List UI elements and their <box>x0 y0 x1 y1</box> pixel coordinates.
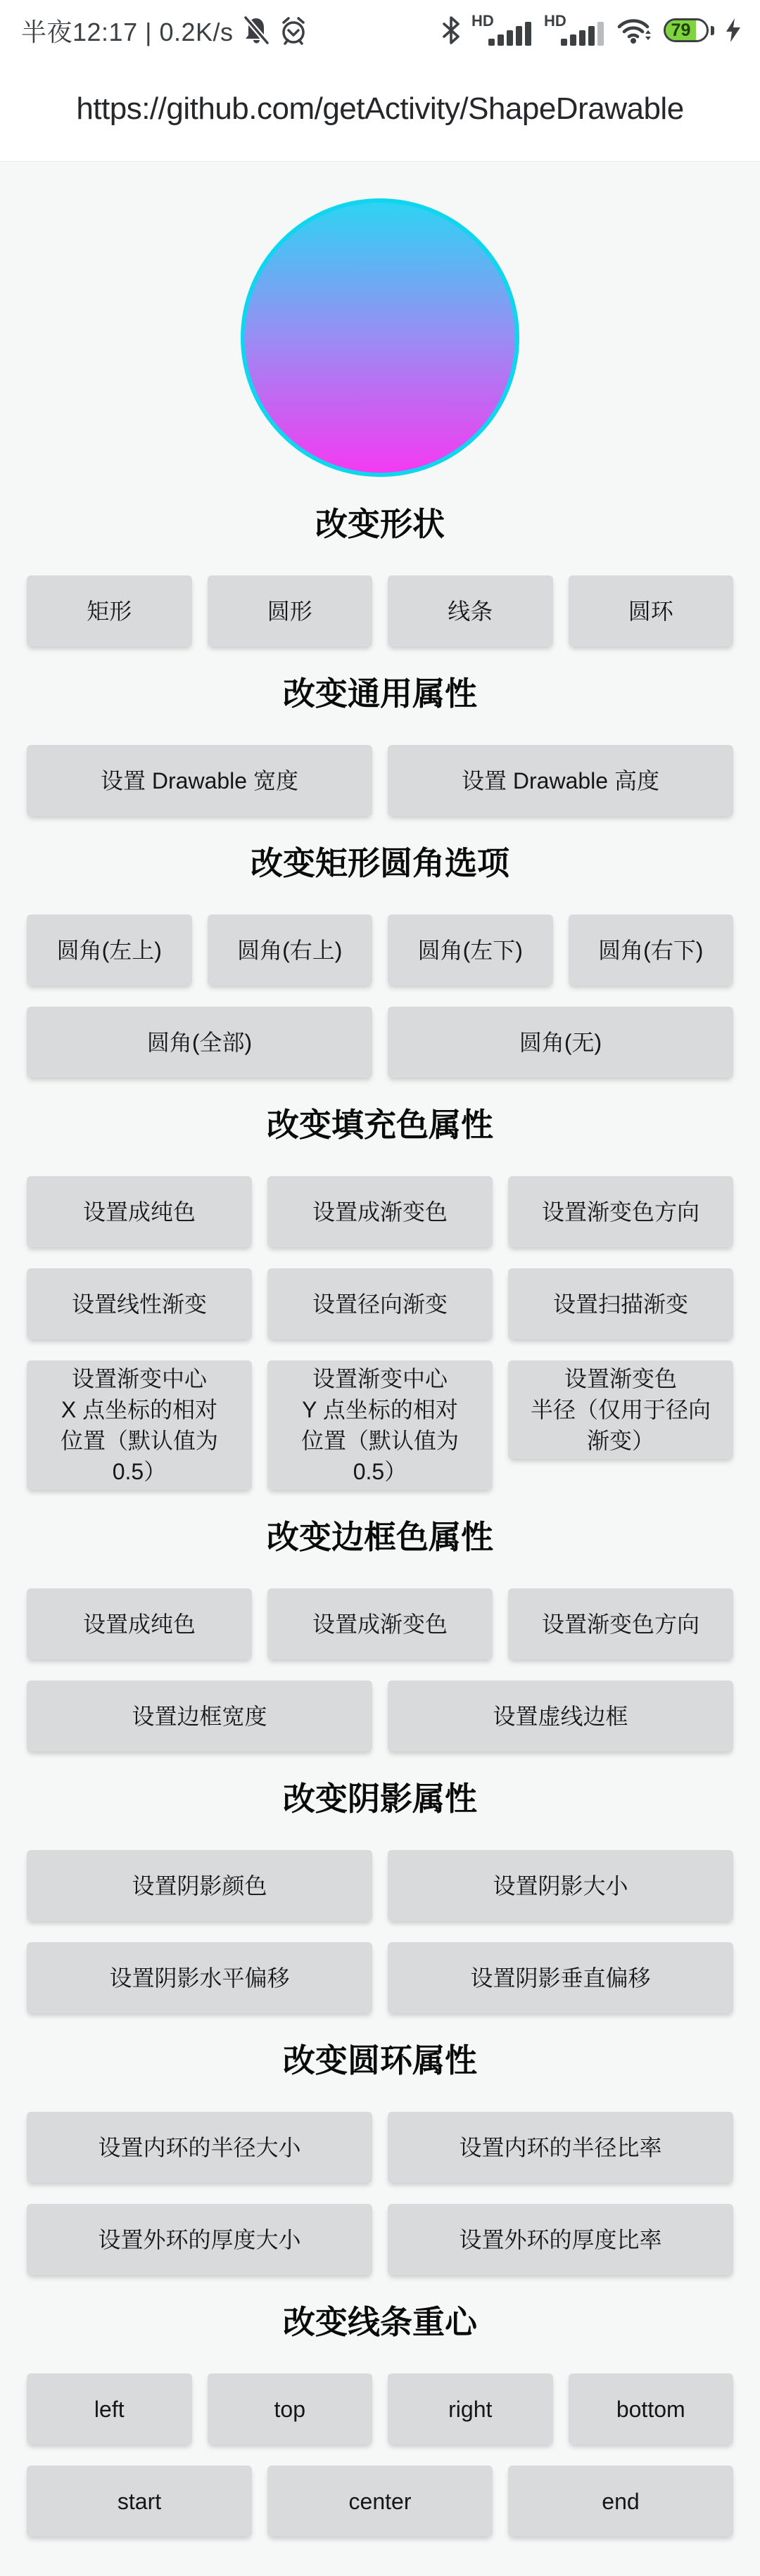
header-area: 半夜12:17 | 0.2K/s HD <box>0 0 760 162</box>
section-title: 改变通用属性 <box>27 676 733 711</box>
battery-indicator: 79 <box>664 18 714 42</box>
status-time-and-net-speed: 半夜12:17 | 0.2K/s <box>21 13 234 49</box>
gradient-center-y-button[interactable]: 设置渐变中心 Y 点坐标的相对 位置（默认值为 0.5） <box>267 1360 493 1490</box>
fill-solid-color-button[interactable]: 设置成纯色 <box>27 1176 252 1247</box>
section-change-shape: 改变形状 矩形 圆形 线条 圆环 <box>0 506 760 646</box>
battery-nub <box>711 26 714 35</box>
button-row: 设置外环的厚度大小 设置外环的厚度比率 <box>27 2204 733 2275</box>
fill-gradient-color-button[interactable]: 设置成渐变色 <box>267 1176 493 1247</box>
mute-bell-icon <box>242 15 270 46</box>
rect-shape-button[interactable]: 矩形 <box>27 575 192 646</box>
section-common-attrs: 改变通用属性 设置 Drawable 宽度 设置 Drawable 高度 <box>0 676 760 816</box>
section-shadow: 改变阴影属性 设置阴影颜色 设置阴影大小 设置阴影水平偏移 设置阴影垂直偏移 <box>0 1781 760 2013</box>
ring-inner-radius-size-button[interactable]: 设置内环的半径大小 <box>27 2112 372 2183</box>
corner-bottom-left-button[interactable]: 圆角(左下) <box>388 914 553 986</box>
status-bar: 半夜12:17 | 0.2K/s HD <box>0 0 760 56</box>
url-bar: https://github.com/getActivity/ShapeDraw… <box>0 56 760 162</box>
button-row: 设置阴影颜色 设置阴影大小 <box>27 1850 733 1921</box>
ring-outer-thickness-size-button[interactable]: 设置外环的厚度大小 <box>27 2204 372 2275</box>
status-bar-left: 半夜12:17 | 0.2K/s <box>21 13 308 49</box>
shape-preview <box>241 198 519 477</box>
section-corner-options: 改变矩形圆角选项 圆角(左上) 圆角(右上) 圆角(左下) 圆角(右下) 圆角(… <box>0 846 760 1078</box>
button-row: 设置成纯色 设置成渐变色 设置渐变色方向 <box>27 1588 733 1659</box>
dashed-border-button[interactable]: 设置虚线边框 <box>388 1681 733 1752</box>
line-gravity-bottom-button[interactable]: bottom <box>569 2373 734 2444</box>
charging-bolt-icon <box>725 18 742 42</box>
border-gradient-direction-button[interactable]: 设置渐变色方向 <box>508 1588 733 1659</box>
button-row: 设置线性渐变 设置径向渐变 设置扫描渐变 <box>27 1268 733 1339</box>
button-row: 设置阴影水平偏移 设置阴影垂直偏移 <box>27 1942 733 2013</box>
corner-top-left-button[interactable]: 圆角(左上) <box>27 914 192 986</box>
button-row: 设置成纯色 设置成渐变色 设置渐变色方向 <box>27 1176 733 1247</box>
signal-bars-icon <box>561 19 606 46</box>
button-row: 圆角(左上) 圆角(右上) 圆角(左下) 圆角(右下) <box>27 914 733 986</box>
line-gravity-top-button[interactable]: top <box>208 2373 373 2444</box>
button-row: 设置 Drawable 宽度 设置 Drawable 高度 <box>27 745 733 816</box>
corner-bottom-right-button[interactable]: 圆角(右下) <box>569 914 734 986</box>
button-row: 矩形 圆形 线条 圆环 <box>27 575 733 646</box>
border-solid-color-button[interactable]: 设置成纯色 <box>27 1588 252 1659</box>
linear-gradient-button[interactable]: 设置线性渐变 <box>27 1268 252 1339</box>
section-title: 改变圆环属性 <box>27 2043 733 2078</box>
battery-body: 79 <box>664 18 709 42</box>
ring-shape-button[interactable]: 圆环 <box>569 575 734 646</box>
wifi-icon <box>616 15 653 45</box>
status-bar-right: HD HD <box>441 13 742 47</box>
signal-bars-icon <box>488 19 533 46</box>
section-line-gravity: 改变线条重心 left top right bottom start cente… <box>0 2304 760 2537</box>
ring-inner-radius-ratio-button[interactable]: 设置内环的半径比率 <box>388 2112 733 2183</box>
line-gravity-start-button[interactable]: start <box>27 2466 252 2537</box>
border-gradient-color-button[interactable]: 设置成渐变色 <box>267 1588 493 1659</box>
button-row: start center end <box>27 2466 733 2537</box>
circle-shape-button[interactable]: 圆形 <box>208 575 373 646</box>
section-title: 改变形状 <box>27 506 733 542</box>
section-fill-color: 改变填充色属性 设置成纯色 设置成渐变色 设置渐变色方向 设置线性渐变 设置径向… <box>0 1107 760 1490</box>
shadow-offset-y-button[interactable]: 设置阴影垂直偏移 <box>388 1942 733 2013</box>
battery-level: 79 <box>666 20 696 40</box>
button-row: left top right bottom <box>27 2373 733 2444</box>
page-url[interactable]: https://github.com/getActivity/ShapeDraw… <box>76 91 683 127</box>
section-title: 改变矩形圆角选项 <box>27 846 733 881</box>
section-title: 改变边框色属性 <box>27 1519 733 1555</box>
button-row: 圆角(全部) 圆角(无) <box>27 1007 733 1078</box>
line-gravity-center-button[interactable]: center <box>267 2466 493 2537</box>
line-shape-button[interactable]: 线条 <box>388 575 553 646</box>
button-row: 设置渐变中心 X 点坐标的相对 位置（默认值为 0.5） 设置渐变中心 Y 点坐… <box>27 1360 733 1490</box>
corner-all-button[interactable]: 圆角(全部) <box>27 1007 372 1078</box>
radial-gradient-button[interactable]: 设置径向渐变 <box>267 1268 493 1339</box>
cellular-signal-icon-1: HD <box>471 13 533 47</box>
section-title: 改变线条重心 <box>27 2304 733 2340</box>
button-row: 设置内环的半径大小 设置内环的半径比率 <box>27 2112 733 2183</box>
app-content: 改变形状 矩形 圆形 线条 圆环 改变通用属性 设置 Drawable 宽度 设… <box>0 198 760 2537</box>
fill-gradient-direction-button[interactable]: 设置渐变色方向 <box>508 1176 733 1247</box>
line-gravity-end-button[interactable]: end <box>508 2466 733 2537</box>
section-title: 改变阴影属性 <box>27 1781 733 1816</box>
button-row: 设置边框宽度 设置虚线边框 <box>27 1681 733 1752</box>
bluetooth-icon <box>441 15 461 45</box>
alarm-clock-icon <box>279 15 308 46</box>
sweep-gradient-button[interactable]: 设置扫描渐变 <box>508 1268 733 1339</box>
gradient-center-x-button[interactable]: 设置渐变中心 X 点坐标的相对 位置（默认值为 0.5） <box>27 1360 252 1490</box>
corner-none-button[interactable]: 圆角(无) <box>388 1007 733 1078</box>
border-width-button[interactable]: 设置边框宽度 <box>27 1681 372 1752</box>
gradient-radius-button[interactable]: 设置渐变色 半径（仅用于径向 渐变） <box>508 1360 733 1459</box>
line-gravity-left-button[interactable]: left <box>27 2373 192 2444</box>
section-ring: 改变圆环属性 设置内环的半径大小 设置内环的半径比率 设置外环的厚度大小 设置外… <box>0 2043 760 2275</box>
section-title: 改变填充色属性 <box>27 1107 733 1142</box>
shadow-color-button[interactable]: 设置阴影颜色 <box>27 1850 372 1921</box>
shadow-offset-x-button[interactable]: 设置阴影水平偏移 <box>27 1942 372 2013</box>
shadow-size-button[interactable]: 设置阴影大小 <box>388 1850 733 1921</box>
section-border-color: 改变边框色属性 设置成纯色 设置成渐变色 设置渐变色方向 设置边框宽度 设置虚线… <box>0 1519 760 1752</box>
ring-outer-thickness-ratio-button[interactable]: 设置外环的厚度比率 <box>388 2204 733 2275</box>
cellular-signal-icon-2: HD <box>544 13 606 47</box>
corner-top-right-button[interactable]: 圆角(右上) <box>208 914 373 986</box>
drawable-width-button[interactable]: 设置 Drawable 宽度 <box>27 745 372 816</box>
drawable-height-button[interactable]: 设置 Drawable 高度 <box>388 745 733 816</box>
line-gravity-right-button[interactable]: right <box>388 2373 553 2444</box>
